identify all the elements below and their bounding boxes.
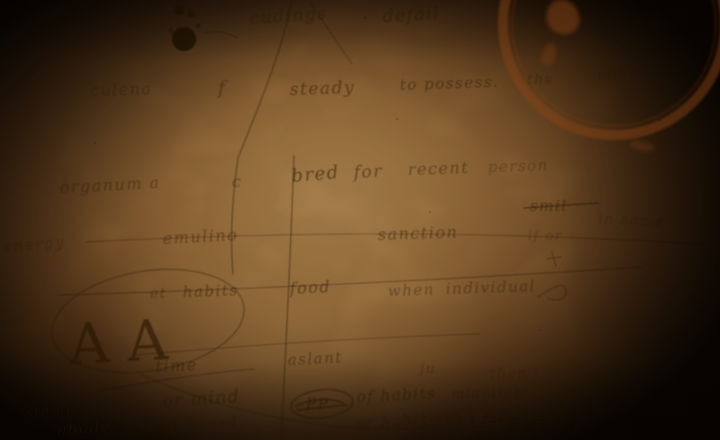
handwritten-word: for xyxy=(351,161,383,183)
handwritten-word: individual xyxy=(446,277,537,298)
scribbled-out-word: PP xyxy=(305,395,329,413)
ink-blot-speck xyxy=(169,29,174,34)
handwritten-word: minutine xyxy=(452,385,523,402)
ink-blot-speck xyxy=(174,5,184,15)
handwritten-word: ju xyxy=(417,361,436,377)
handwritten-word: habits xyxy=(183,281,239,301)
handwritten-word: the xyxy=(527,72,554,88)
handwritten-word: mind xyxy=(597,65,640,84)
handwritten-word: sanction xyxy=(377,222,458,244)
handwritten-word: c xyxy=(232,172,242,191)
handwritten-word: recent xyxy=(407,158,469,179)
handwritten-word: abode xyxy=(57,417,112,439)
handwritten-word: bred xyxy=(291,162,341,187)
handwritten-word: culena xyxy=(89,79,152,100)
handwritten-word: if or xyxy=(528,229,563,244)
handwritten-word: emulino xyxy=(162,225,239,248)
handwritten-word: food xyxy=(288,277,331,298)
handwritten-word: et xyxy=(150,286,167,302)
handwritten-word: defail xyxy=(382,4,440,27)
ink-blot-speck xyxy=(188,11,195,18)
handwritten-word: person xyxy=(488,156,550,176)
handwritten-word: a heard xyxy=(169,413,238,435)
handwritten-word: aslant xyxy=(287,348,343,369)
handwritten-word: ch t for xyxy=(446,411,506,428)
handwritten-word: when xyxy=(388,280,436,300)
handwritten-word-struck: smil xyxy=(530,197,568,215)
ink-blot-main xyxy=(172,27,196,51)
handwritten-word-faint: then l xyxy=(490,366,540,382)
large-letters-AA: A A xyxy=(66,308,170,378)
handwritten-word: to possess. xyxy=(400,73,500,94)
handwritten-word-faint: alone xyxy=(560,425,603,440)
handwritten-word: f xyxy=(216,77,228,99)
manuscript-overlay: cudings defail culena f steady to posses… xyxy=(0,0,720,440)
handwritten-word: steady xyxy=(289,78,355,100)
ink-blot-speck xyxy=(196,24,200,28)
manuscript-photo: cudings defail culena f steady to posses… xyxy=(0,0,720,440)
